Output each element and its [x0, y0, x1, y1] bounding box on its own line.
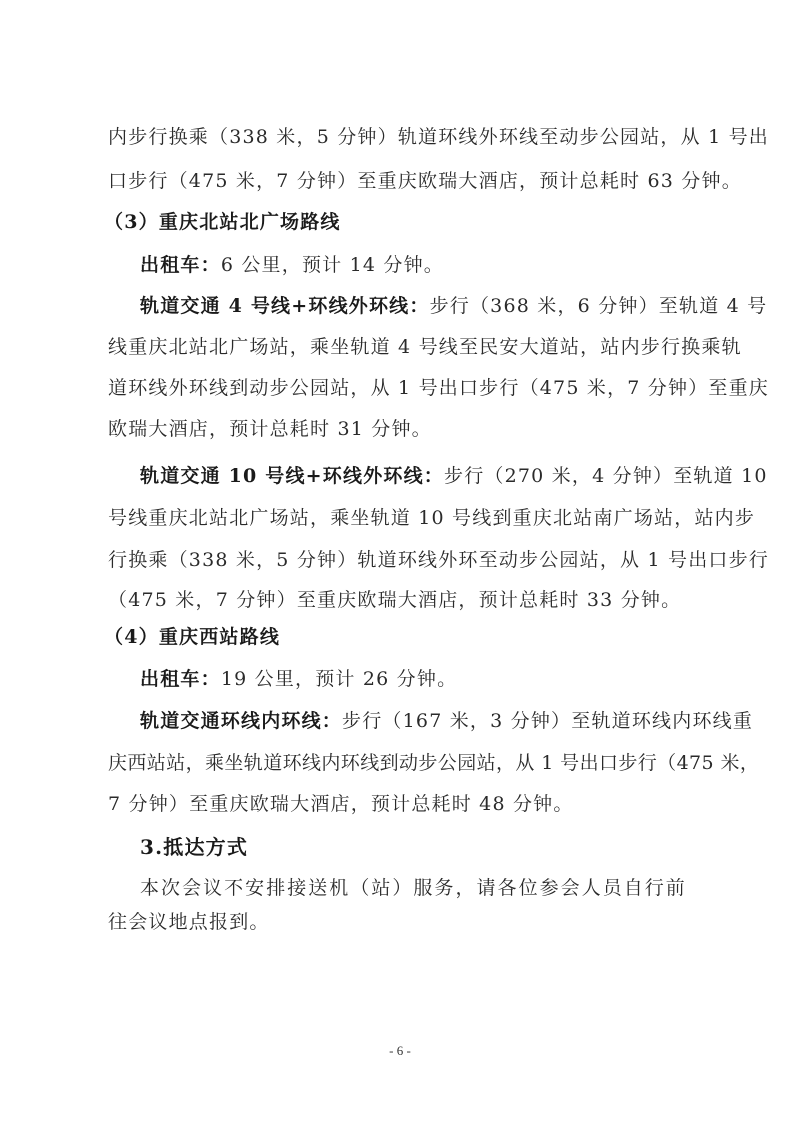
- paragraph-line: 线重庆北站北广场站，乘坐轨道 4 号线至民安大道站，站内步行换乘轨: [108, 335, 686, 359]
- route-label: 轨道交通环线内环线：: [140, 710, 342, 732]
- paragraph-line: 行换乘（338 米，5 分钟）轨道环线外环至动步公园站，从 1 号出口步行: [108, 548, 686, 572]
- paragraph-line: 本次会议不安排接送机（站）服务，请各位参会人员自行前: [140, 876, 686, 900]
- taxi-label: 出租车：: [140, 668, 221, 690]
- paragraph-line: 庆西站站，乘坐轨道环线内环线到动步公园站，从 1 号出口步行（475 米，: [108, 751, 686, 775]
- paragraph-line: 道环线外环线到动步公园站，从 1 号出口步行（475 米，7 分钟）至重庆: [108, 376, 686, 400]
- paragraph-line: 往会议地点报到。: [108, 910, 686, 934]
- taxi-text: 19 公里，预计 26 分钟。: [221, 668, 457, 690]
- route-first-line: 轨道交通环线内环线：步行（167 米，3 分钟）至轨道环线内环线重: [140, 709, 686, 733]
- paragraph-line: 欧瑞大酒店，预计总耗时 31 分钟。: [108, 417, 686, 441]
- route-first-line: 轨道交通 10 号线+环线外环线：步行（270 米，4 分钟）至轨道 10: [140, 464, 686, 488]
- route-label: 轨道交通 4 号线+环线外环线：: [140, 295, 430, 317]
- section-heading-chongqing-north-north-plaza: （3）重庆北站北广场路线: [104, 210, 682, 234]
- route-text: 步行（167 米，3 分钟）至轨道环线内环线重: [342, 710, 753, 732]
- paragraph-line: 口步行（475 米，7 分钟）至重庆欧瑞大酒店，预计总耗时 63 分钟。: [108, 169, 686, 193]
- paragraph-line: 号线重庆北站北广场站，乘坐轨道 10 号线到重庆北站南广场站，站内步: [108, 506, 686, 530]
- taxi-text: 6 公里，预计 14 分钟。: [221, 254, 444, 276]
- section-heading-arrival: 3.抵达方式: [140, 835, 686, 859]
- route-label: 轨道交通 10 号线+环线外环线：: [140, 465, 444, 487]
- route-text: 步行（270 米，4 分钟）至轨道 10: [444, 465, 768, 487]
- page-number: - 6 -: [0, 1043, 800, 1059]
- taxi-label: 出租车：: [140, 254, 221, 276]
- route-text: 步行（368 米，6 分钟）至轨道 4 号: [430, 295, 768, 317]
- taxi-info-line: 出租车：19 公里，预计 26 分钟。: [140, 667, 686, 691]
- taxi-info-line: 出租车：6 公里，预计 14 分钟。: [140, 253, 686, 277]
- paragraph-line: 内步行换乘（338 米，5 分钟）轨道环线外环线至动步公园站，从 1 号出: [108, 125, 686, 149]
- route-first-line: 轨道交通 4 号线+环线外环线：步行（368 米，6 分钟）至轨道 4 号: [140, 294, 686, 318]
- paragraph-line: 7 分钟）至重庆欧瑞大酒店，预计总耗时 48 分钟。: [108, 792, 686, 816]
- paragraph-line: （475 米，7 分钟）至重庆欧瑞大酒店，预计总耗时 33 分钟。: [108, 588, 686, 612]
- section-heading-chongqing-west: （4）重庆西站路线: [104, 625, 682, 649]
